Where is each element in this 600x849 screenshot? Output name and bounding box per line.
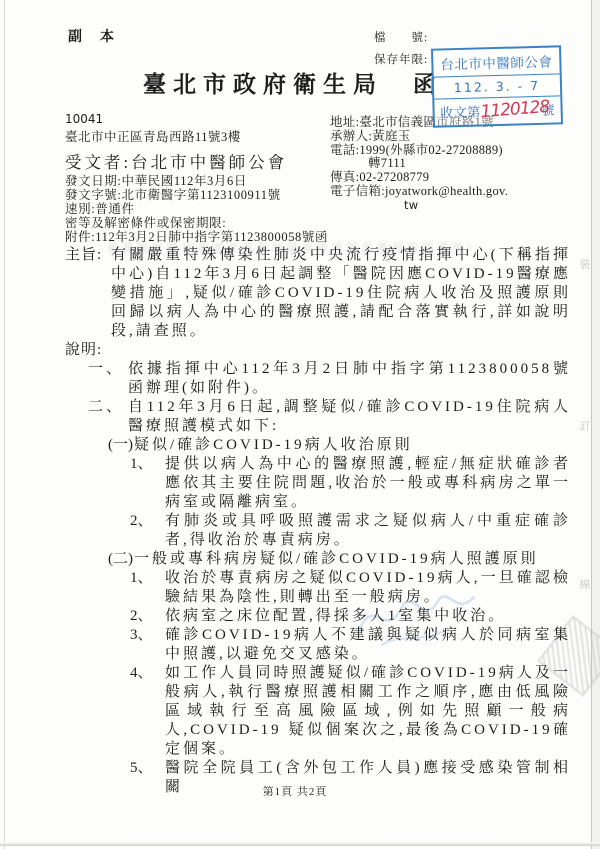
stamp-receipt-prefix: 收文第: [440, 104, 481, 120]
scan-edge-left: [4, 0, 5, 849]
section-marker: (一): [108, 436, 133, 455]
item-marker: 二、: [88, 398, 128, 417]
document-page: 裝 訂 線 副 本 檔 號: 保存年限: 臺北市政府衛生局 函 台北市中醫師公會…: [0, 0, 600, 849]
item-text: 自112年3月6日起,調整疑似/確診COVID-19住院病人醫療照護模式如下:: [128, 398, 571, 436]
scan-edge-bottom: [0, 842, 600, 846]
sub-item-text: 有肺炎或具呼吸照護需求之疑似病人/中重症確診者,得收治於專責病房。: [165, 512, 571, 550]
sub-item: 2、 依病室之床位配置,得採多人1室集中收治。: [65, 607, 571, 626]
subject-label: 主旨:: [65, 246, 111, 265]
stamp-receipt-number-handwritten: 1120128: [480, 97, 550, 122]
recipient-zip: 10041: [65, 112, 287, 126]
sub-item-marker: 4、: [130, 664, 165, 683]
section-marker: (二): [108, 550, 133, 569]
sub-item-text: 確診COVID-19病人不建議與疑似病人於同病室集中照護,以避免交叉感染。: [165, 626, 571, 664]
meta-doc-no: 發文字號:北市衛醫字第1123100911號: [65, 188, 328, 202]
section-heading: (二) 一般或專科病房疑似/確診COVID-19病人照護原則: [65, 550, 571, 569]
sub-item: 4、 如工作人員同時照護疑似/確診COVID-19病人及一般病人,執行醫療照護相…: [65, 664, 571, 759]
binding-mark-ding: 訂: [578, 418, 592, 434]
sub-item-text: 醫院全院員工(含外包工作人員)應接受感染管制相關: [165, 759, 571, 797]
recipient-block: 10041 臺北市中正區青島西路11號3樓 受文者:台北市中醫師公會: [65, 112, 287, 173]
meta-security: 密等及解密條件或保密期限:: [65, 216, 328, 230]
binding-mark-xian: 線: [578, 576, 592, 592]
file-no-label: 檔 號:: [374, 27, 428, 49]
sender-fax: 傳真:02-27208779: [330, 171, 508, 185]
meta-date: 發文日期:中華民國112年3月6日: [65, 174, 328, 188]
sub-item-marker: 1、: [130, 455, 165, 474]
sub-item-marker: 2、: [130, 512, 165, 531]
sender-contact-person: 承辦人:黃庭玉: [330, 130, 508, 144]
letter-body: 主旨: 有關嚴重特殊傳染性肺炎中央流行疫情指揮中心(下稱指揮中心)自112年3月…: [65, 246, 571, 797]
explanation-item: 一、 依據指揮中心112年3月2日肺中指字第1123800058號函辦理(如附件…: [65, 360, 571, 398]
dispatch-meta-block: 發文日期:中華民國112年3月6日 發文字號:北市衛醫字第1123100911號…: [65, 174, 328, 244]
receipt-stamp: 台北市中醫師公會 112. 3. - 7 收文第1120128號: [431, 45, 563, 127]
sub-item-text: 如工作人員同時照護疑似/確診COVID-19病人及一般病人,執行醫療照護相關工作…: [165, 664, 571, 759]
sub-item: 1、 提供以病人為中心的醫療照護,輕症/無症狀確診者應依其主要住院問題,收治於一…: [65, 455, 571, 512]
item-text: 依據指揮中心112年3月2日肺中指字第1123800058號函辦理(如附件)。: [128, 360, 571, 398]
sub-item-marker: 1、: [130, 569, 165, 588]
explanation-item: 二、 自112年3月6日起,調整疑似/確診COVID-19住院病人醫療照護模式如…: [65, 398, 571, 436]
meta-speed: 速別:普通件: [65, 202, 328, 216]
section-heading: (一) 疑似/確診COVID-19病人收治原則: [65, 436, 571, 455]
stamp-receipt-line: 收文第1120128號: [434, 96, 561, 125]
section-title: 一般或專科病房疑似/確診COVID-19病人照護原則: [134, 550, 571, 569]
scan-edge-shade: [592, 0, 600, 849]
meta-attachment: 附件:112年3月2日肺中指字第1123800058號函: [65, 230, 328, 244]
sub-item: 5、 醫院全院員工(含外包工作人員)應接受感染管制相關: [65, 759, 571, 797]
stamp-org-name: 台北市中醫師公會: [433, 47, 560, 77]
copy-label: 副 本: [68, 26, 116, 46]
explanation-label: 說明:: [65, 341, 571, 360]
sender-phone: 電話:1999(外縣市02-27208889): [330, 144, 508, 158]
item-marker: 一、: [88, 360, 128, 379]
binding-mark-zhuang: 裝: [578, 256, 592, 272]
sender-email-cont: tw: [330, 199, 508, 213]
sub-item-marker: 2、: [130, 607, 165, 626]
sender-email: 電子信箱:joyatwork@health.gov.: [330, 185, 508, 199]
sub-item: 3、 確診COVID-19病人不建議與疑似病人於同病室集中照護,以避免交叉感染。: [65, 626, 571, 664]
sub-item: 1、 收治於專責病房之疑似COVID-19病人,一旦確認檢驗結果為陰性,則轉出至…: [65, 569, 571, 607]
sub-item: 2、 有肺炎或具呼吸照護需求之疑似病人/中重症確診者,得收治於專責病房。: [65, 512, 571, 550]
section-title: 疑似/確診COVID-19病人收治原則: [134, 436, 571, 455]
recipient-address: 臺北市中正區青島西路11號3樓: [65, 127, 287, 145]
sub-item-text: 依病室之床位配置,得採多人1室集中收治。: [165, 607, 571, 626]
sub-item-text: 收治於專責病房之疑似COVID-19病人,一旦確認檢驗結果為陰性,則轉出至一般病…: [165, 569, 571, 607]
sub-item-marker: 5、: [130, 759, 165, 778]
subject-paragraph: 主旨: 有關嚴重特殊傳染性肺炎中央流行疫情指揮中心(下稱指揮中心)自112年3月…: [65, 246, 571, 341]
sender-contact-block: 地址:臺北市信義區市府路1號 承辦人:黃庭玉 電話:1999(外縣市02-272…: [330, 116, 508, 213]
subject-text: 有關嚴重特殊傳染性肺炎中央流行疫情指揮中心(下稱指揮中心)自112年3月6日起調…: [111, 246, 571, 341]
sub-item-marker: 3、: [130, 626, 165, 645]
recipient-line: 受文者:台北市中醫師公會: [65, 149, 287, 173]
file-number-block: 檔 號: 保存年限:: [374, 27, 428, 71]
sub-item-text: 提供以病人為中心的醫療照護,輕症/無症狀確診者應依其主要住院問題,收治於一般或專…: [165, 455, 571, 512]
